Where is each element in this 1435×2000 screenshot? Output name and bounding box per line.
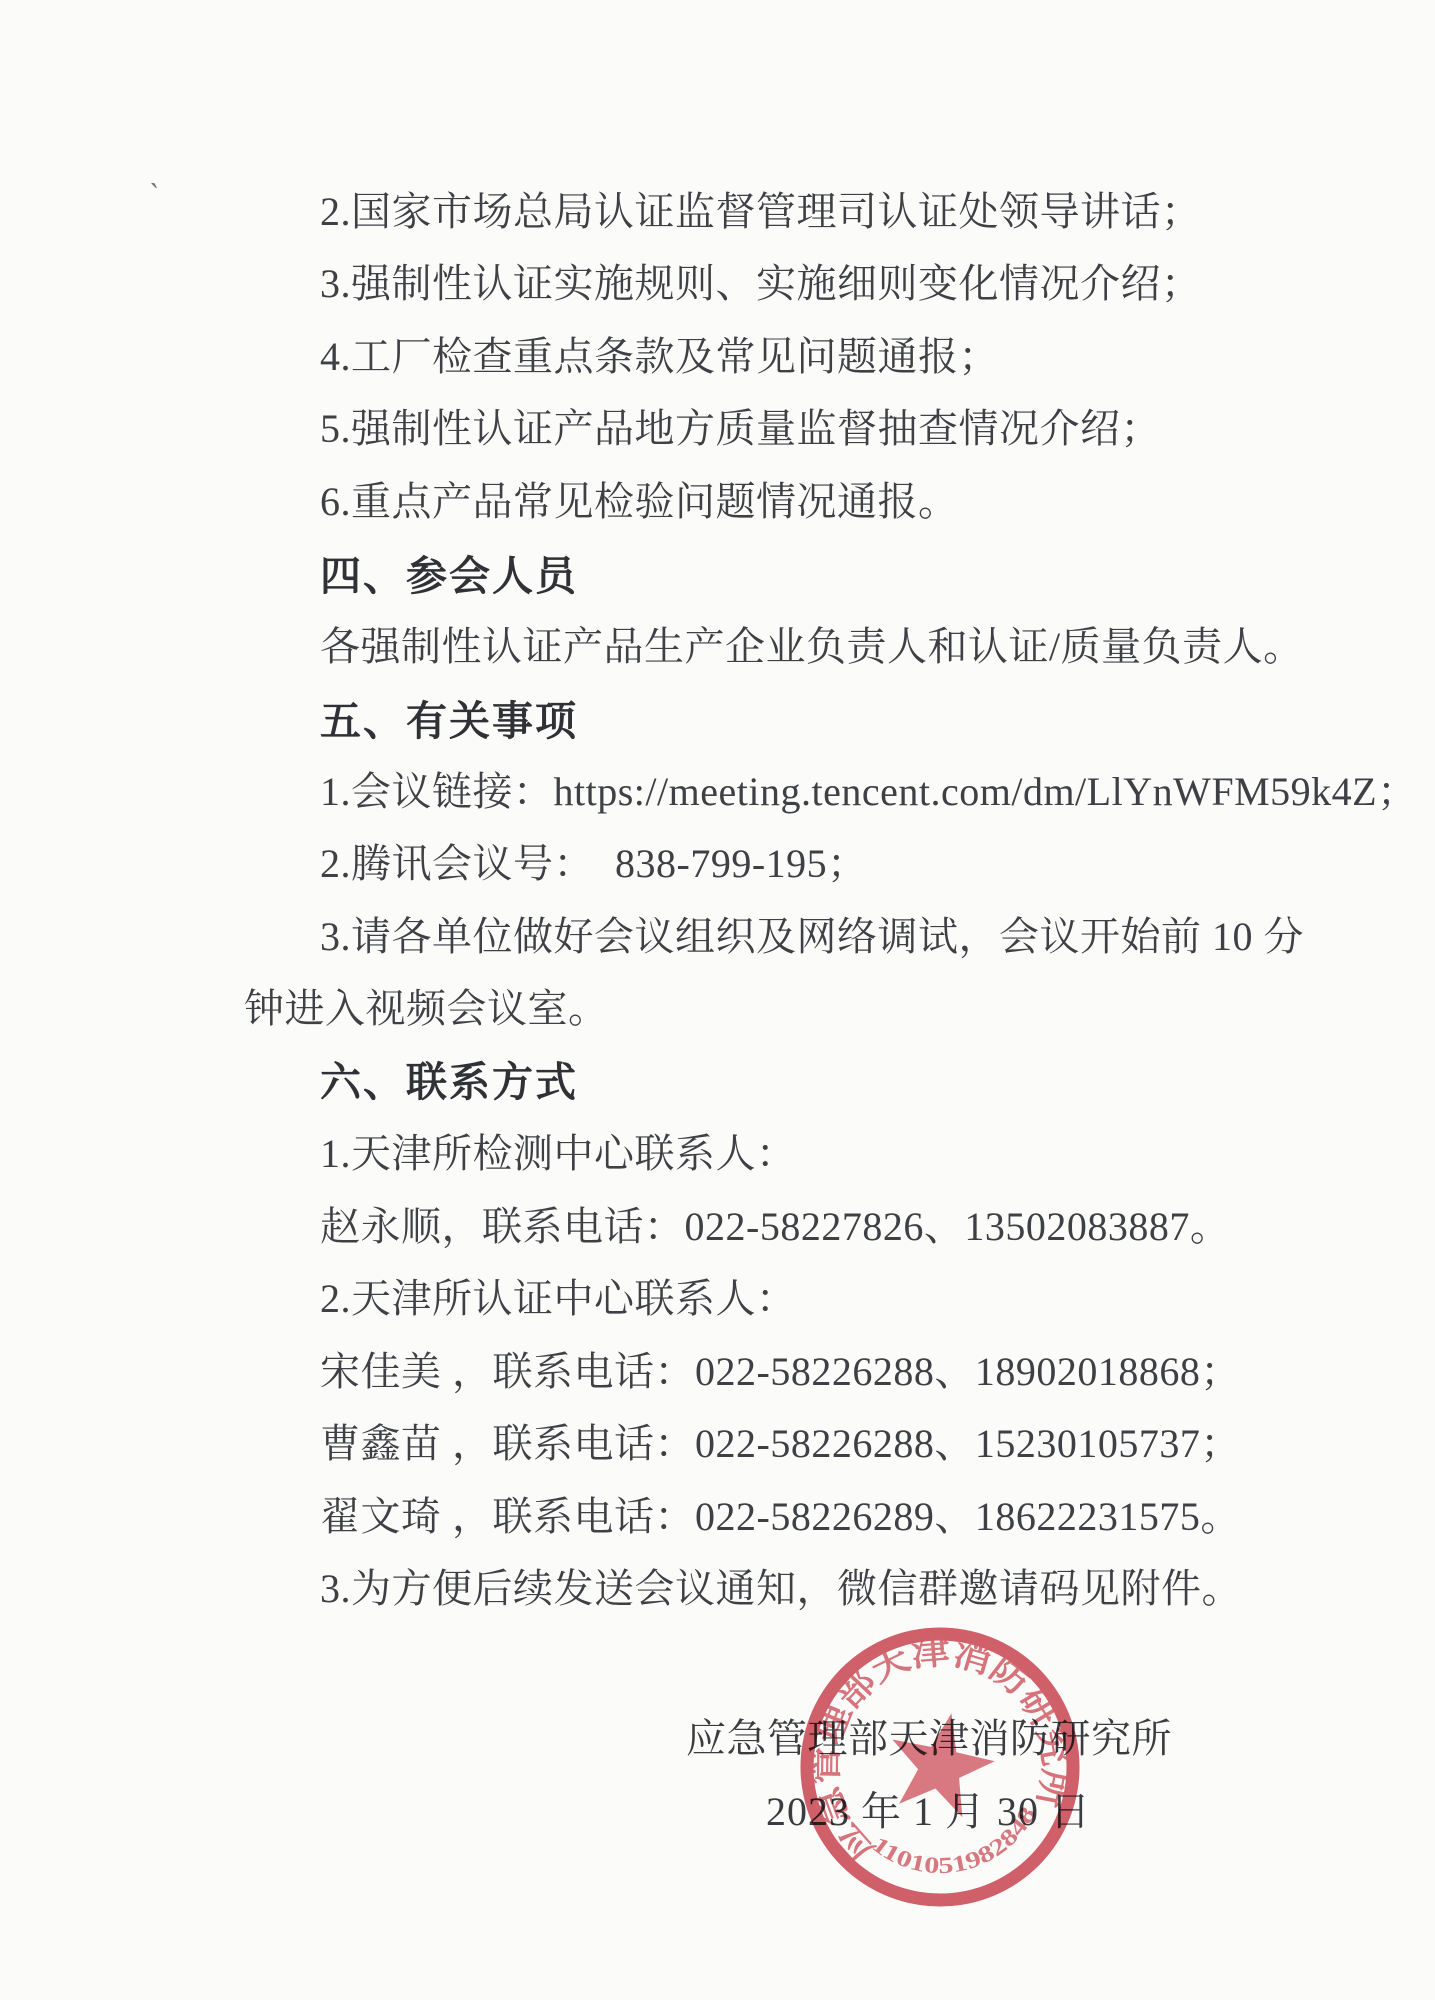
seal-star-icon [890,1709,1000,1823]
meeting-prep-line: 3.请各单位做好会议组织及网络调试，会议开始前 10 分 [320,913,1304,961]
contact-line-song: 宋佳美 ，联系电话：022-58226288、18902018868； [320,1348,1241,1396]
meeting-link-line: 1.会议链接：https://meeting.tencent.com/dm/Ll… [320,768,1418,816]
contact-group-2-title: 2.天津所认证中心联系人： [320,1275,797,1323]
wechat-note-line: 3.为方便后续发送会议通知，微信群邀请码见附件。 [320,1565,1242,1613]
participants-body: 各强制性认证产品生产企业负责人和认证/质量负责人。 [320,623,1304,671]
agenda-item-4: 4.工厂检查重点条款及常见问题通报； [320,333,999,381]
scanned-notice-page: ˋ 2.国家市场总局认证监督管理司认证处领导讲话； 3.强制性认证实施规则、实施… [0,0,1435,2000]
contact-line-cao: 曹鑫苗 ，联系电话：022-58226288、15230105737； [320,1420,1241,1468]
contact-group-1-title: 1.天津所检测中心联系人： [320,1130,797,1178]
agenda-item-5: 5.强制性认证产品地方质量监督抽查情况介绍； [320,405,1161,453]
section-heading-participants: 四、参会人员 [320,552,578,600]
contact-line-zhao: 赵永顺，联系电话：022-58227826、13502083887。 [320,1203,1230,1251]
official-seal: 应急管理部天津消防研究所 1101051982848 [795,1622,1085,1912]
agenda-item-2: 2.国家市场总局认证监督管理司认证处领导讲话； [320,188,1202,236]
section-heading-contacts: 六、联系方式 [320,1058,578,1106]
stray-scan-mark: ˋ [146,177,161,212]
agenda-item-3: 3.强制性认证实施规则、实施细则变化情况介绍； [320,260,1202,308]
contact-line-zhai: 翟文琦 ，联系电话：022-58226289、18622231575。 [320,1493,1241,1541]
meeting-prep-line-cont: 钟进入视频会议室。 [244,985,609,1033]
section-heading-matters: 五、有关事项 [320,697,578,745]
meeting-id-line: 2.腾讯会议号： 838-799-195； [320,840,868,888]
agenda-item-6: 6.重点产品常见检验问题情况通报。 [320,478,959,526]
